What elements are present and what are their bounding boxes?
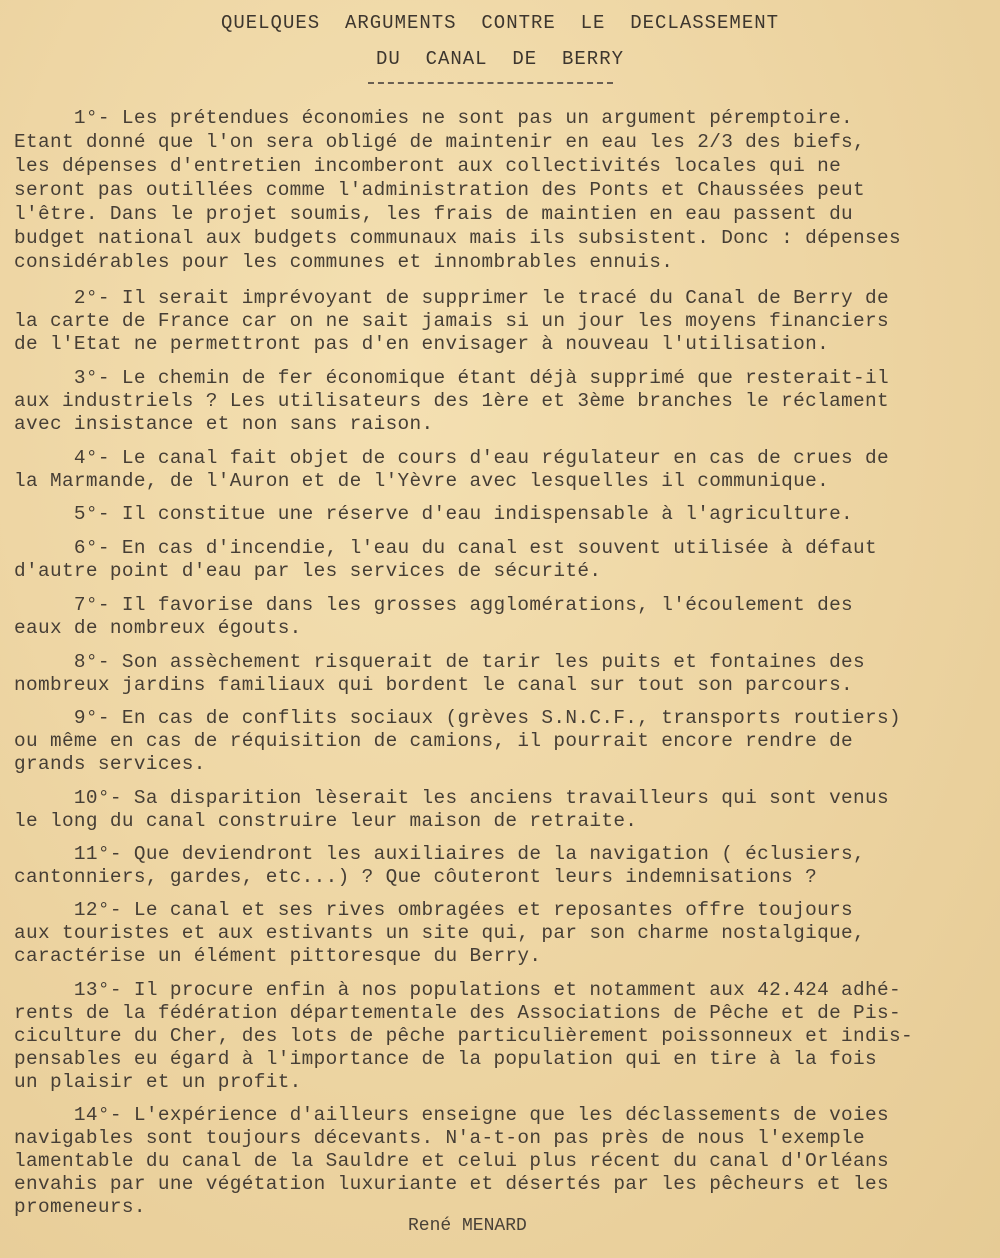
text-line: ciculture du Cher, des lots de pêche par… bbox=[14, 1025, 913, 1047]
text-line: eaux de nombreux égouts. bbox=[14, 617, 302, 639]
text-line: lamentable du canal de la Sauldre et cel… bbox=[14, 1150, 889, 1172]
text-line: ou même en cas de réquisition de camions… bbox=[14, 730, 853, 752]
text-line: cantonniers, gardes, etc...) ? Que côute… bbox=[14, 866, 817, 888]
text-line: avec insistance et non sans raison. bbox=[14, 413, 434, 435]
document-page: QUELQUES ARGUMENTS CONTRE LE DECLASSEMEN… bbox=[0, 0, 1000, 1258]
document-title-line-1: QUELQUES ARGUMENTS CONTRE LE DECLASSEMEN… bbox=[0, 12, 1000, 34]
document-title-line-2: DU CANAL DE BERRY bbox=[0, 48, 1000, 70]
text-line: 7°- Il favorise dans les grosses agglomé… bbox=[14, 594, 853, 616]
text-line: budget national aux budgets communaux ma… bbox=[14, 227, 901, 249]
text-line: un plaisir et un profit. bbox=[14, 1071, 302, 1093]
text-line: la carte de France car on ne sait jamais… bbox=[14, 310, 889, 332]
text-line: 5°- Il constitue une réserve d'eau indis… bbox=[14, 503, 853, 525]
text-line: grands services. bbox=[14, 753, 206, 775]
text-line: d'autre point d'eau par les services de … bbox=[14, 560, 601, 582]
text-line: 13°- Il procure enfin à nos populations … bbox=[14, 979, 901, 1001]
text-line: envahis par une végétation luxuriante et… bbox=[14, 1173, 889, 1195]
text-line: 4°- Le canal fait objet de cours d'eau r… bbox=[14, 447, 889, 469]
text-line: le long du canal construire leur maison … bbox=[14, 810, 637, 832]
text-line: l'être. Dans le projet soumis, les frais… bbox=[14, 203, 853, 225]
text-line: les dépenses d'entretien incomberont aux… bbox=[14, 155, 841, 177]
text-line: considérables pour les communes et innom… bbox=[14, 251, 673, 273]
text-line: caractérise un élément pittoresque du Be… bbox=[14, 945, 541, 967]
text-line: 1°- Les prétendues économies ne sont pas… bbox=[14, 107, 853, 129]
text-line: aux touristes et aux estivants un site q… bbox=[14, 922, 865, 944]
text-line: 11°- Que deviendront les auxiliaires de … bbox=[14, 843, 865, 865]
text-line: la Marmande, de l'Auron et de l'Yèvre av… bbox=[14, 470, 829, 492]
text-line: 6°- En cas d'incendie, l'eau du canal es… bbox=[14, 537, 877, 559]
text-line: seront pas outillées comme l'administrat… bbox=[14, 179, 865, 201]
text-line: Etant donné que l'on sera obligé de main… bbox=[14, 131, 865, 153]
text-line: 3°- Le chemin de fer économique étant dé… bbox=[14, 367, 889, 389]
text-line: 12°- Le canal et ses rives ombragées et … bbox=[14, 899, 853, 921]
text-line: nombreux jardins familiaux qui bordent l… bbox=[14, 674, 853, 696]
text-line: pensables eu égard à l'importance de la … bbox=[14, 1048, 877, 1070]
text-line: 10°- Sa disparition lèserait les anciens… bbox=[14, 787, 889, 809]
text-line: de l'Etat ne permettront pas d'en envisa… bbox=[14, 333, 829, 355]
text-line: 8°- Son assèchement risquerait de tarir … bbox=[14, 651, 865, 673]
text-line: rents de la fédération départementale de… bbox=[14, 1002, 901, 1024]
text-line: 9°- En cas de conflits sociaux (grèves S… bbox=[14, 707, 901, 729]
signature: René MENARD bbox=[408, 1216, 527, 1236]
text-line: aux industriels ? Les utilisateurs des 1… bbox=[14, 390, 889, 412]
text-line: promeneurs. bbox=[14, 1196, 146, 1218]
title-separator bbox=[368, 82, 613, 84]
text-line: 14°- L'expérience d'ailleurs enseigne qu… bbox=[14, 1104, 889, 1126]
text-line: navigables sont toujours décevants. N'a-… bbox=[14, 1127, 865, 1149]
text-line: 2°- Il serait imprévoyant de supprimer l… bbox=[14, 287, 889, 309]
